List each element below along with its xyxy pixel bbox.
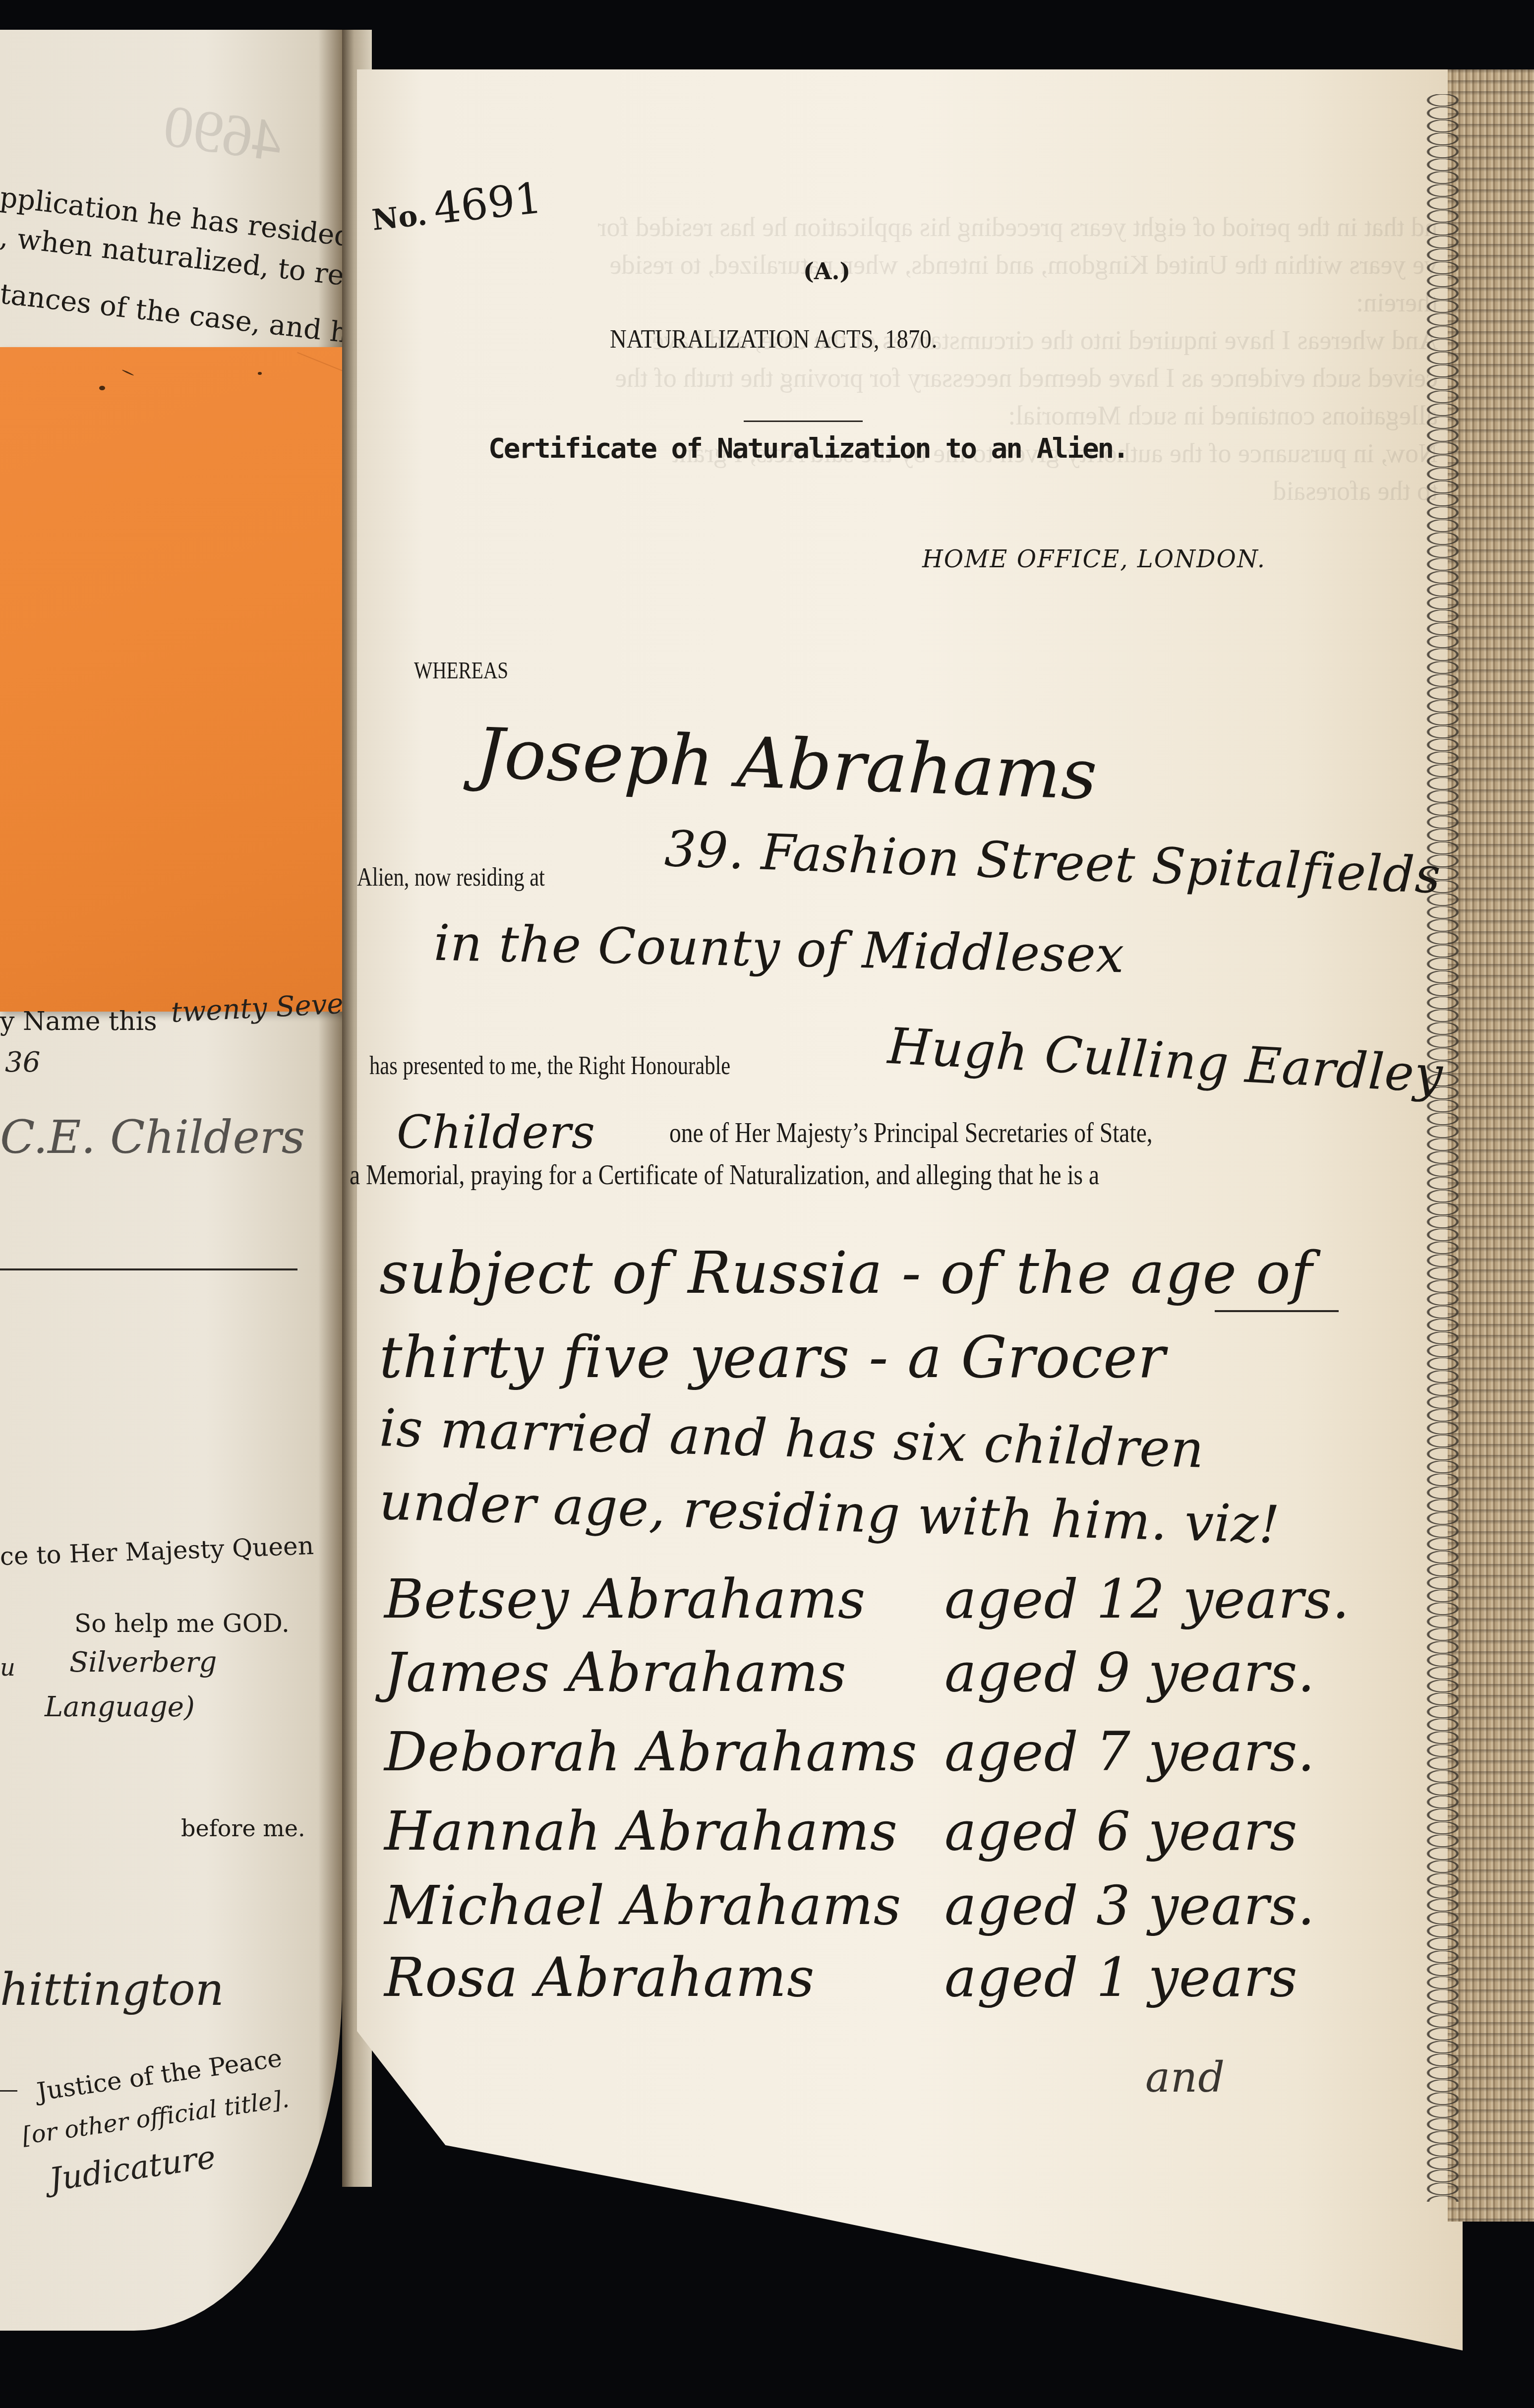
child-age: aged 7 years. xyxy=(944,1721,1315,1783)
bleed-line: nd that in the period of eight years pre… xyxy=(595,208,1438,246)
child-name: Betsey Abrahams xyxy=(384,1568,944,1630)
bleed-line: allegations contained in such Memorial: xyxy=(595,397,1438,434)
handwritten-language: Language) xyxy=(45,1691,195,1723)
heading-rule xyxy=(744,421,863,422)
certificate-title: Certificate of Naturalization to an Alie… xyxy=(488,432,1128,465)
presented-label: has presented to me, the Right Honourabl… xyxy=(369,1051,730,1081)
child-age: aged 6 years xyxy=(944,1801,1298,1863)
slip-speck xyxy=(99,386,105,390)
jp-rule xyxy=(0,2090,17,2092)
child-row: Deborah Abrahams aged 7 years. xyxy=(384,1704,1425,1783)
secretary-name-line-2: Childers xyxy=(397,1106,595,1159)
child-age: aged 1 years xyxy=(944,1947,1298,2009)
bleed-line: ve years within the United Kingdom, and … xyxy=(595,246,1438,284)
bleed-line: to the aforesaid xyxy=(595,472,1438,510)
child-row: Rosa Abrahams aged 1 years xyxy=(384,1937,1425,2009)
bleed-line: therein: xyxy=(595,284,1438,321)
child-age: aged 9 years. xyxy=(944,1642,1315,1704)
particulars-line-1: subject of Russia - of the age of xyxy=(379,1240,1313,1307)
secretary-title: one of Her Majesty’s Principal Secretari… xyxy=(669,1116,1153,1149)
child-name: Rosa Abrahams xyxy=(384,1947,944,2009)
slip-speck xyxy=(258,372,262,375)
child-name: James Abrahams xyxy=(384,1642,944,1704)
address-line-2: in the County of Middlesex xyxy=(433,914,1125,984)
form-letter: (A.) xyxy=(803,258,850,285)
handwritten-silverberg: Silverberg xyxy=(69,1646,217,1679)
slip-speck xyxy=(122,369,134,376)
name-this-label: y Name this xyxy=(0,1007,157,1036)
child-name: Deborah Abrahams xyxy=(384,1721,944,1783)
child-age: aged 12 years. xyxy=(944,1568,1350,1630)
handwritten-date-continued: 36 xyxy=(5,1046,40,1079)
whereas-label: WHEREAS xyxy=(414,657,508,684)
issuing-office: HOME OFFICE, LONDON. xyxy=(922,545,1266,573)
child-age: aged 3 years. xyxy=(944,1875,1315,1937)
children-list: Betsey Abrahams aged 12 years. James Abr… xyxy=(384,1557,1425,2009)
child-row: Michael Abrahams aged 3 years. xyxy=(384,1863,1425,1937)
handwritten-whittington: hittington xyxy=(0,1964,224,2016)
particulars-dash xyxy=(1215,1310,1339,1312)
residing-label: Alien, now residing at xyxy=(357,863,545,892)
childers-signature: C.E. Childers xyxy=(0,1111,305,1164)
child-row: Hannah Abrahams aged 6 years xyxy=(384,1783,1425,1863)
particulars-line-2: thirty five years - a Grocer xyxy=(379,1324,1166,1391)
so-help-me-god: So help me GOD. xyxy=(74,1609,290,1638)
closing-word: and xyxy=(1145,2053,1225,2102)
memorial-line: a Memorial, praying for a Certificate of… xyxy=(350,1158,1099,1191)
bleed-line: ceived such evidence as I have deemed ne… xyxy=(595,359,1438,397)
handwritten-margin-fragment: u xyxy=(0,1654,15,1682)
child-name: Michael Abrahams xyxy=(384,1875,944,1937)
before-me-label: before me. xyxy=(181,1815,305,1842)
child-name: Hannah Abrahams xyxy=(384,1801,944,1863)
signature-rule xyxy=(0,1268,297,1270)
child-row: James Abrahams aged 9 years. xyxy=(384,1630,1425,1704)
background-top xyxy=(0,0,357,30)
number-label: No. xyxy=(370,198,428,237)
child-row: Betsey Abrahams aged 12 years. xyxy=(384,1557,1425,1630)
act-heading: NATURALIZATION ACTS, 1870. xyxy=(610,325,937,354)
